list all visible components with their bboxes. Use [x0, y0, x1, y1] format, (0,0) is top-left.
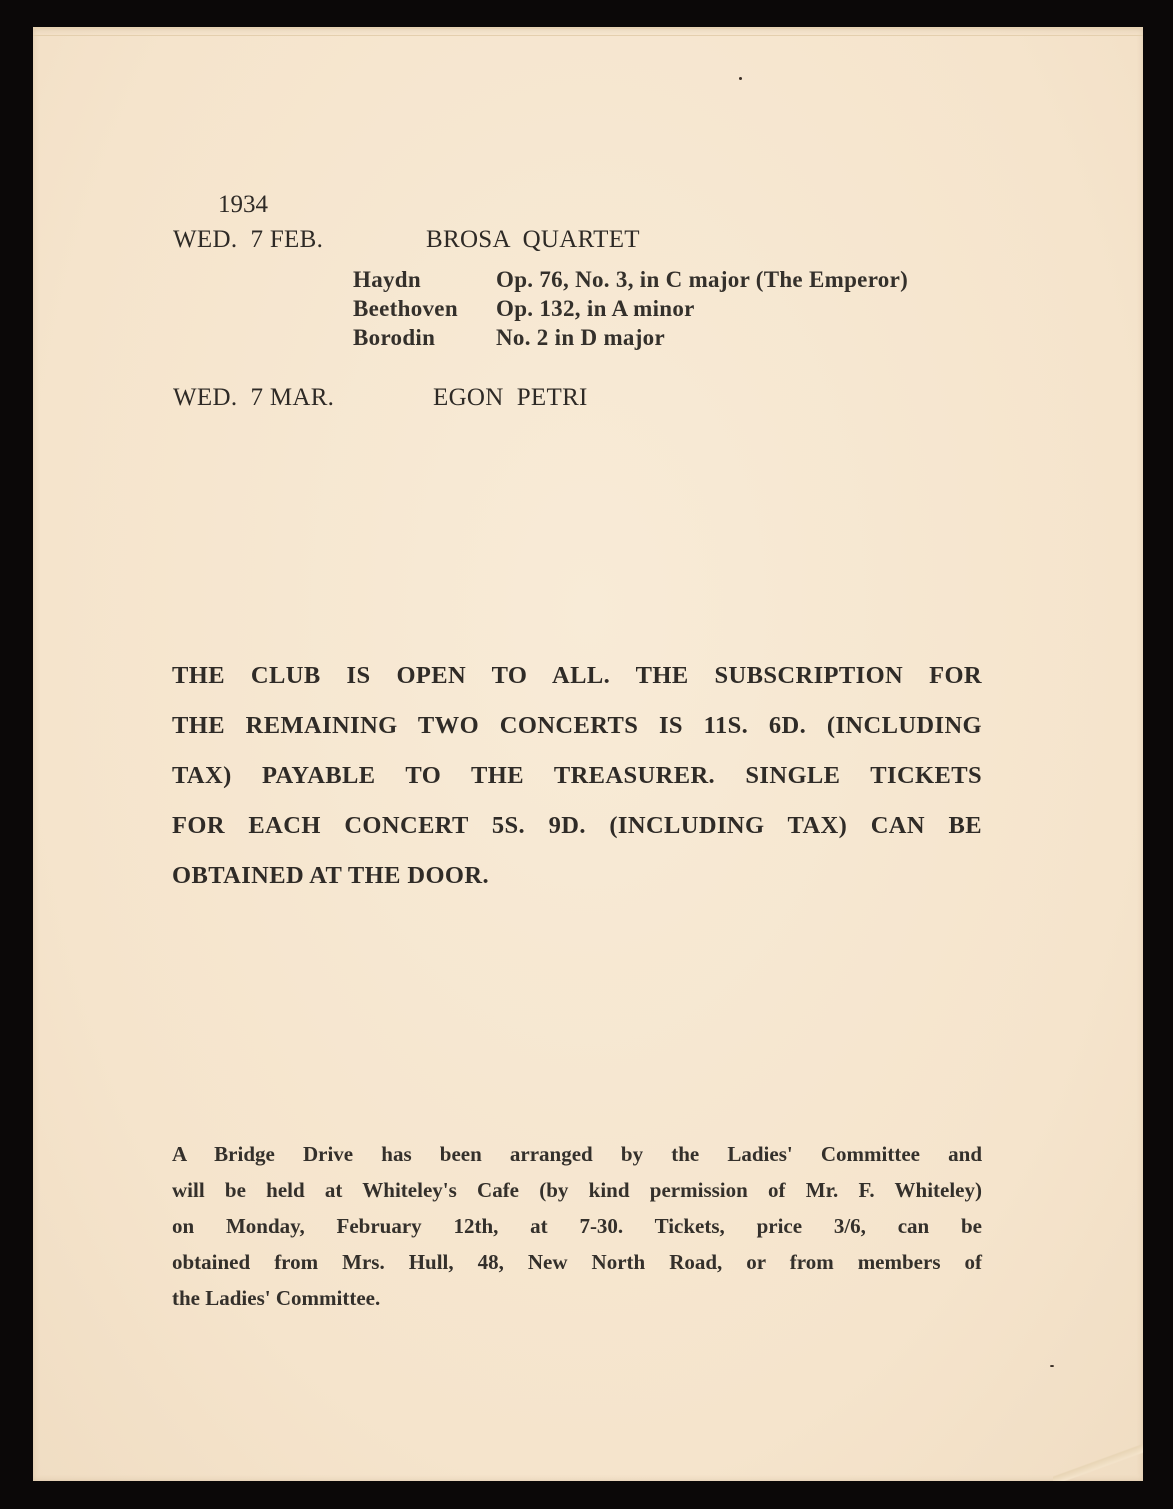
page-top-fold: [33, 29, 1143, 36]
page-corner-fold: [1053, 1441, 1143, 1481]
event-1-work-3: No. 2 in D major: [496, 325, 665, 351]
notice-line: THE REMAINING TWO CONCERTS IS 11s. 6d. (…: [172, 701, 982, 751]
event-2-date: WED. 7 MAR.: [173, 384, 334, 412]
event-1-composer-1: Haydn: [353, 267, 421, 293]
document-page: 1934 WED. 7 FEB. BROSA QUARTET Haydn Op.…: [33, 27, 1143, 1481]
notice-line: TAX) PAYABLE TO THE TREASURER. SINGLE TI…: [172, 751, 982, 801]
event-1-performer: BROSA QUARTET: [426, 226, 640, 254]
event-1-date: WED. 7 FEB.: [173, 226, 323, 254]
notice-line: FOR EACH CONCERT 5s. 9d. (INCLUDING TAX)…: [172, 801, 982, 851]
bridge-line: A Bridge Drive has been arranged by the …: [172, 1136, 982, 1172]
subscription-notice: THE CLUB IS OPEN TO ALL. THE SUBSCRIPTIO…: [172, 651, 982, 901]
bridge-line: on Monday, February 12th, at 7-30. Ticke…: [172, 1208, 982, 1244]
notice-line: OBTAINED AT THE DOOR.: [172, 851, 982, 901]
event-1-composer-2: Beethoven: [353, 296, 458, 322]
bridge-drive-announcement: A Bridge Drive has been arranged by the …: [172, 1136, 982, 1316]
bridge-line: obtained from Mrs. Hull, 48, New North R…: [172, 1244, 982, 1280]
event-1-work-2: Op. 132, in A minor: [496, 296, 695, 322]
event-2-performer: EGON PETRI: [433, 384, 588, 412]
event-1-work-1: Op. 76, No. 3, in C major (The Emperor): [496, 267, 908, 293]
bridge-line: will be held at Whiteley's Cafe (by kind…: [172, 1172, 982, 1208]
notice-line: THE CLUB IS OPEN TO ALL. THE SUBSCRIPTIO…: [172, 651, 982, 701]
programme-year: 1934: [218, 191, 268, 219]
paper-speck: [739, 77, 742, 80]
event-1-composer-3: Borodin: [353, 325, 435, 351]
bridge-line: the Ladies' Committee.: [172, 1280, 982, 1316]
paper-speck: [1050, 1365, 1054, 1367]
